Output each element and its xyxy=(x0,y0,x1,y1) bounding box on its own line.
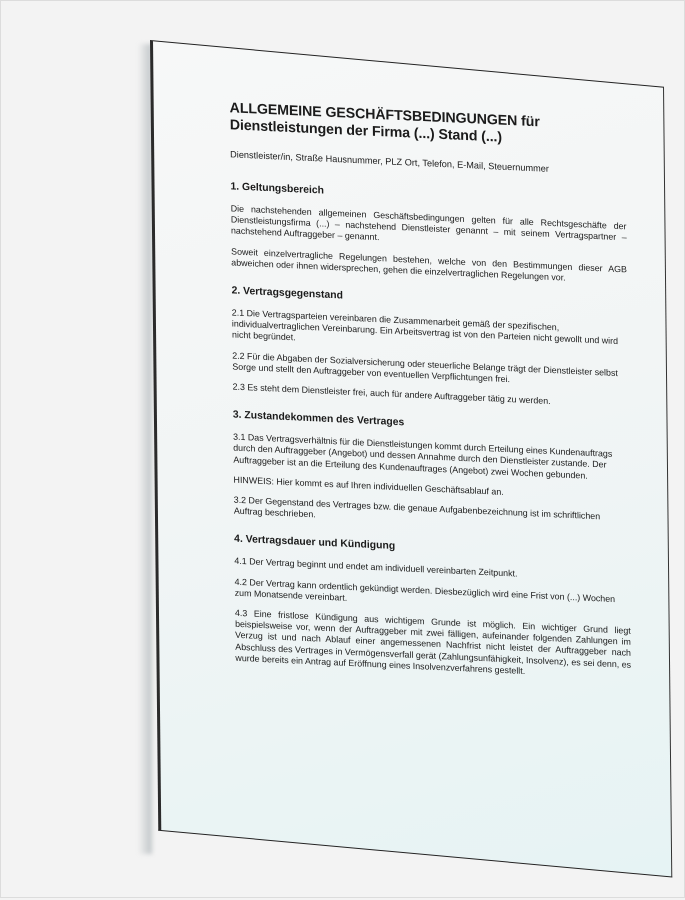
contact-line: Dienstleister/in, Straße Hausnummer, PLZ… xyxy=(230,148,626,178)
section-zustandekommen: 3. Zustandekommen des Vertrages 3.1 Das … xyxy=(233,409,630,535)
document-title: ALLGEMEINE GESCHÄFTSBEDINGUNGEN für Dien… xyxy=(230,100,626,152)
paragraph: 2.1 Die Vertragsparteien vereinbaren die… xyxy=(232,307,628,359)
paragraph: Die nachstehenden allgemeinen Geschäftsb… xyxy=(231,203,627,255)
document-content: ALLGEMEINE GESCHÄFTSBEDINGUNGEN für Dien… xyxy=(230,100,632,698)
document-page: ALLGEMEINE GESCHÄFTSBEDINGUNGEN für Dien… xyxy=(150,40,672,878)
paragraph: 3.1 Das Vertragsverhältnis für die Diens… xyxy=(233,432,629,484)
section-vertragsgegenstand: 2. Vertragsgegenstand 2.1 Die Vertragspa… xyxy=(231,284,628,410)
section-geltungsbereich: 1. Geltungsbereich Die nachstehenden all… xyxy=(230,180,627,286)
paragraph: 4.3 Eine fristlose Kündigung aus wichtig… xyxy=(235,608,631,682)
section-vertragsdauer: 4. Vertragsdauer und Kündigung 4.1 Der V… xyxy=(234,533,631,682)
page-shadow xyxy=(138,44,152,854)
